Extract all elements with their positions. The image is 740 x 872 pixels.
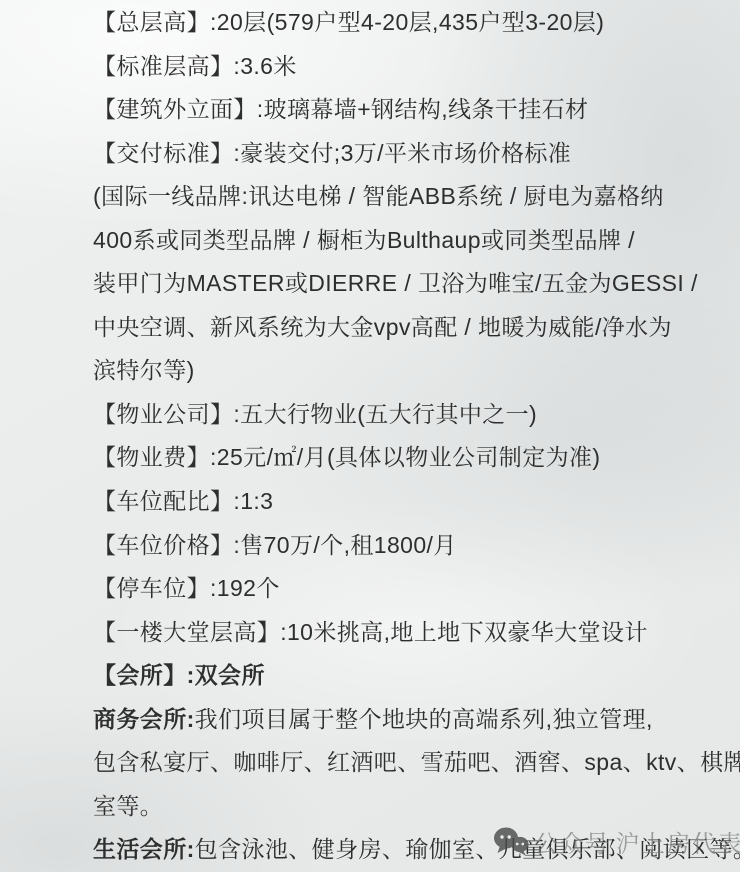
spec-line-label: 商务会所: bbox=[93, 706, 195, 732]
property-spec-sheet: 【总层高】:20层(579户型4-20层,435户型3-20层) 【标准层高】:… bbox=[0, 0, 740, 872]
spec-line-text: 【标准层高】:3.6米 bbox=[93, 53, 297, 79]
spec-line-property-company: 【物业公司】:五大行物业(五大行其中之一) bbox=[93, 393, 730, 437]
spec-line-text: 400系或同类型品牌 / 橱柜为Bulthaup或同类型品牌 / bbox=[93, 227, 635, 253]
watermark-account-name: 沪上房代表 bbox=[616, 824, 740, 859]
spec-line-brands-5: 滨特尔等) bbox=[93, 349, 730, 393]
spec-line-clubhouse: 【会所】:双会所 bbox=[93, 654, 730, 698]
watermark: 公众号 沪上房代表 bbox=[493, 820, 740, 862]
spec-line-text: (国际一线品牌:讯达电梯 / 智能ABB系统 / 厨电为嘉格纳 bbox=[93, 183, 664, 209]
spec-line-brands-1: (国际一线品牌:讯达电梯 / 智能ABB系统 / 厨电为嘉格纳 bbox=[93, 175, 730, 219]
spec-line-label: 【会所】:双会所 bbox=[93, 662, 265, 688]
spec-line-floor-height: 【标准层高】:3.6米 bbox=[93, 45, 730, 89]
spec-line-property-fee: 【物业费】:25元/㎡/月(具体以物业公司制定为准) bbox=[93, 436, 730, 480]
spec-line-text: 我们项目属于整个地块的高端系列,独立管理, bbox=[195, 706, 653, 732]
spec-line-brands-3: 装甲门为MASTER或DIERRE / 卫浴为唯宝/五金为GESSI / bbox=[93, 262, 730, 306]
spec-line-text: 【一楼大堂层高】:10米挑高,地上地下双豪华大堂设计 bbox=[93, 619, 648, 645]
spec-line-parking-price: 【车位价格】:售70万/个,租1800/月 bbox=[93, 524, 730, 568]
spec-line-text: 【车位配比】:1:3 bbox=[93, 488, 273, 514]
wechat-bubbles-icon bbox=[493, 826, 529, 857]
spec-line-parking-ratio: 【车位配比】:1:3 bbox=[93, 480, 730, 524]
spec-line-business-club-cont-1: 包含私宴厅、咖啡厅、红酒吧、雪茄吧、酒窖、spa、ktv、棋牌 bbox=[93, 741, 730, 785]
spec-line-facade: 【建筑外立面】:玻璃幕墙+钢结构,线条干挂石材 bbox=[93, 88, 730, 132]
spec-line-text: 【物业费】:25元/㎡/月(具体以物业公司制定为准) bbox=[93, 444, 600, 470]
spec-line-text: 【建筑外立面】:玻璃幕墙+钢结构,线条干挂石材 bbox=[93, 96, 588, 122]
spec-line-text: 包含私宴厅、咖啡厅、红酒吧、雪茄吧、酒窖、spa、ktv、棋牌 bbox=[93, 749, 740, 775]
spec-line-text: 滨特尔等) bbox=[93, 357, 195, 383]
spec-line-business-club: 商务会所:我们项目属于整个地块的高端系列,独立管理, bbox=[93, 698, 730, 742]
spec-line-lobby-height: 【一楼大堂层高】:10米挑高,地上地下双豪华大堂设计 bbox=[93, 611, 730, 655]
spec-line-brands-2: 400系或同类型品牌 / 橱柜为Bulthaup或同类型品牌 / bbox=[93, 219, 730, 263]
spec-line-delivery-standard: 【交付标准】:豪装交付;3万/平米市场价格标准 bbox=[93, 132, 730, 176]
spec-line-text: 【交付标准】:豪装交付;3万/平米市场价格标准 bbox=[93, 140, 571, 166]
spec-text-block: 【总层高】:20层(579户型4-20层,435户型3-20层) 【标准层高】:… bbox=[93, 1, 730, 872]
spec-line-text: 【停车位】:192个 bbox=[93, 575, 280, 601]
spec-line-text: 【车位价格】:售70万/个,租1800/月 bbox=[93, 532, 457, 558]
spec-line-brands-4: 中央空调、新风系统为大金vpv高配 / 地暖为威能/净水为 bbox=[93, 306, 730, 350]
spec-line-text: 装甲门为MASTER或DIERRE / 卫浴为唯宝/五金为GESSI / bbox=[93, 270, 698, 296]
watermark-prefix: 公众号 bbox=[534, 824, 611, 859]
spec-line-text: 室等。 bbox=[93, 793, 163, 819]
spec-line-text: 【总层高】:20层(579户型4-20层,435户型3-20层) bbox=[93, 9, 604, 35]
spec-line-parking-count: 【停车位】:192个 bbox=[93, 567, 730, 611]
spec-line-total-floors: 【总层高】:20层(579户型4-20层,435户型3-20层) bbox=[93, 1, 730, 45]
spec-line-label: 生活会所: bbox=[93, 836, 195, 862]
spec-line-text: 【物业公司】:五大行物业(五大行其中之一) bbox=[93, 401, 537, 427]
spec-line-text: 中央空调、新风系统为大金vpv高配 / 地暖为威能/净水为 bbox=[93, 314, 672, 340]
